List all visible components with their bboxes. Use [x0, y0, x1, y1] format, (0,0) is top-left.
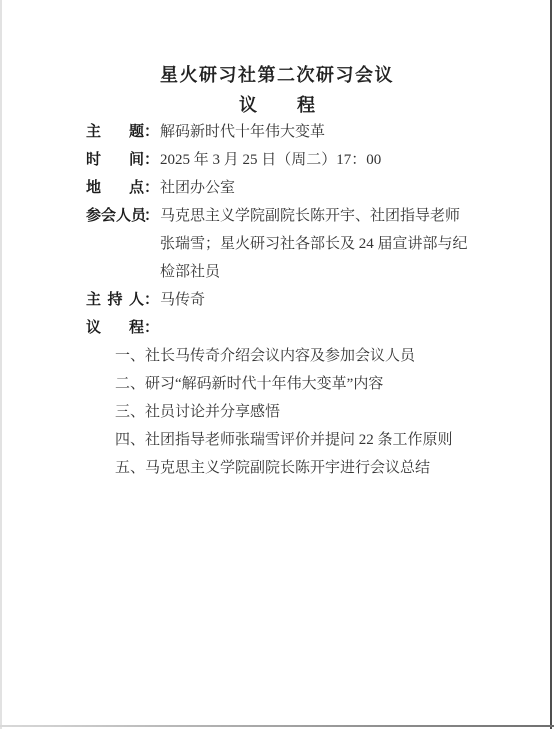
field-participants-colon: ： — [144, 202, 159, 230]
document-page: 星火研习社第二次研习会议 议 程 主题： 解码新时代十年伟大变革 时间： 202… — [0, 0, 554, 729]
field-agenda: 议程： — [86, 314, 468, 342]
field-topic-colon: ： — [144, 118, 159, 146]
field-time-colon: ： — [144, 146, 159, 174]
agenda-heading: 议 程 — [86, 92, 468, 118]
agenda-item-3: 三、 社员讨论并分享感悟 — [115, 398, 468, 426]
agenda-list: 一、 社长马传奇介绍会议内容及参加会议人员 二、 研习“解码新时代十年伟大变革”… — [115, 342, 468, 482]
agenda-item-1: 一、 社长马传奇介绍会议内容及参加会议人员 — [115, 342, 468, 370]
field-host-colon: ： — [144, 286, 159, 314]
agenda-item-4-text: 社团指导老师张瑞雪评价并提问 22 条工作原则 — [145, 426, 453, 454]
field-location: 地点： 社团办公室 — [86, 174, 468, 202]
agenda-heading-char-2: 程 — [297, 92, 315, 118]
agenda-item-3-number: 三、 — [115, 398, 145, 426]
field-topic: 主题： 解码新时代十年伟大变革 — [86, 118, 468, 146]
field-location-label: 地点 — [86, 174, 144, 202]
field-participants-value: 马克思主义学院副院长陈开宇、社团指导老师张瑞雪；星火研习社各部长及 24 届宣讲… — [160, 202, 468, 286]
scan-edge-left — [0, 0, 2, 729]
field-host-label: 主持人 — [86, 286, 144, 314]
field-participants: 参会人员： 马克思主义学院副院长陈开宇、社团指导老师张瑞雪；星火研习社各部长及 … — [86, 202, 468, 286]
agenda-item-2-text: 研习“解码新时代十年伟大变革”内容 — [145, 370, 383, 398]
field-topic-label: 主题 — [86, 118, 144, 146]
field-time-value: 2025 年 3 月 25 日（周二）17：00 — [160, 146, 381, 174]
document-content: 星火研习社第二次研习会议 议 程 主题： 解码新时代十年伟大变革 时间： 202… — [0, 0, 554, 482]
agenda-item-5-text: 马克思主义学院副院长陈开宇进行会议总结 — [145, 454, 430, 482]
agenda-item-1-number: 一、 — [115, 342, 145, 370]
field-time: 时间： 2025 年 3 月 25 日（周二）17：00 — [86, 146, 468, 174]
agenda-item-4: 四、 社团指导老师张瑞雪评价并提问 22 条工作原则 — [115, 426, 468, 454]
agenda-item-5-number: 五、 — [115, 454, 145, 482]
field-time-label: 时间 — [86, 146, 144, 174]
agenda-item-2-number: 二、 — [115, 370, 145, 398]
agenda-item-1-text: 社长马传奇介绍会议内容及参加会议人员 — [145, 342, 415, 370]
agenda-heading-char-1: 议 — [239, 92, 257, 118]
document-title: 星火研习社第二次研习会议 — [86, 62, 468, 88]
agenda-item-2: 二、 研习“解码新时代十年伟大变革”内容 — [115, 370, 468, 398]
meeting-fields: 主题： 解码新时代十年伟大变革 时间： 2025 年 3 月 25 日（周二）1… — [86, 118, 468, 342]
agenda-item-4-number: 四、 — [115, 426, 145, 454]
field-location-colon: ： — [144, 174, 159, 202]
field-topic-value: 解码新时代十年伟大变革 — [160, 118, 325, 146]
field-agenda-label: 议程 — [86, 314, 144, 342]
field-host-value: 马传奇 — [160, 286, 205, 314]
agenda-item-5: 五、 马克思主义学院副院长陈开宇进行会议总结 — [115, 454, 468, 482]
scan-edge-right — [550, 0, 552, 729]
agenda-item-3-text: 社员讨论并分享感悟 — [145, 398, 280, 426]
field-host: 主持人： 马传奇 — [86, 286, 468, 314]
field-location-value: 社团办公室 — [160, 174, 235, 202]
scan-edge-bottom — [0, 725, 554, 727]
field-participants-label: 参会人员 — [86, 202, 144, 230]
field-agenda-colon: ： — [144, 314, 159, 342]
